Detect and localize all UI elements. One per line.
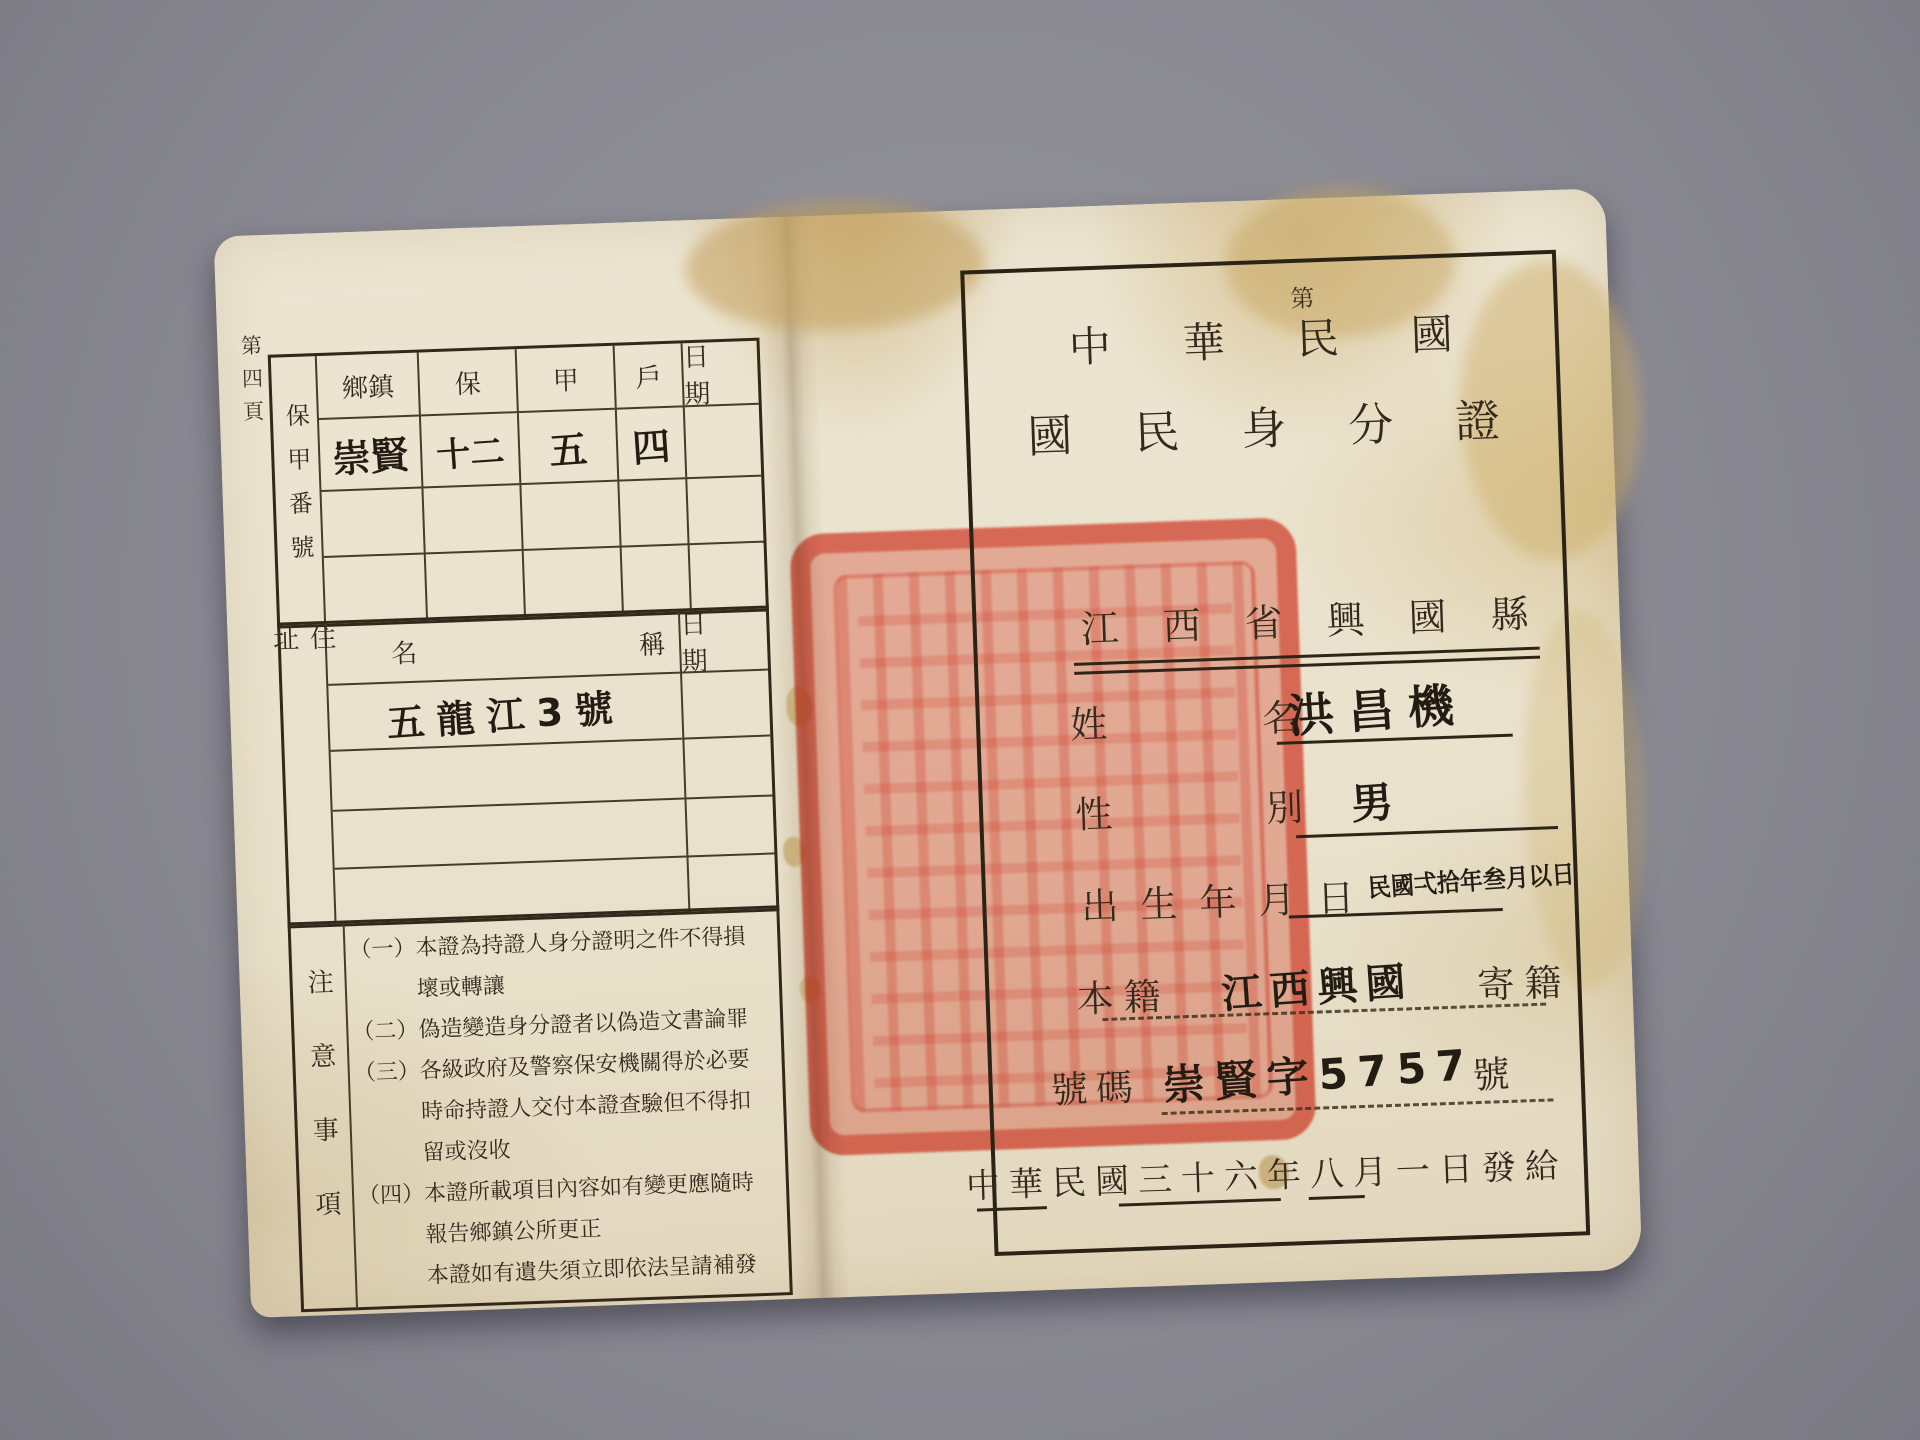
handwritten-birth-date: 民國弌拾年叁月以日 [1367, 854, 1576, 904]
handwritten-jia: 五 [547, 418, 589, 476]
table-cell [424, 549, 524, 620]
origin-label-left: 本籍 [1076, 966, 1172, 1023]
issue-blank-line [1309, 1195, 1365, 1200]
birth-row: 出生年月日 民國弌拾年叁月以日 [985, 860, 1573, 881]
col-header-date: 日期 [681, 341, 759, 406]
issue-row: 中華民國三十六年八月一日發給 [995, 1137, 1583, 1158]
number-suffix: 號 [1472, 1044, 1511, 1099]
table-cell [688, 541, 766, 612]
col-header-township: 鄉鎮 [317, 353, 419, 418]
gender-row: 性 別 男 [982, 768, 1570, 789]
table-cell [522, 546, 622, 617]
table-cell [683, 403, 761, 478]
table-cell [682, 734, 772, 797]
table-cell [680, 669, 770, 738]
address-header-cheng: 稱 [638, 624, 665, 662]
county-line: 江西省興國縣 [1080, 581, 1574, 653]
table-cell [686, 852, 776, 911]
table-cell: 十二 [419, 411, 519, 486]
address-header-name: 名 [390, 632, 417, 670]
origin-row: 本籍 江西興國 寄籍 [989, 951, 1577, 972]
table-cell [685, 475, 763, 544]
address-header-date: 日期 [678, 609, 768, 672]
col-header-hu: 戶 [613, 343, 683, 407]
birth-label: 出生年月日 [1080, 866, 1377, 930]
table-cell [684, 794, 774, 855]
table-cell [519, 480, 619, 549]
table-cell: 五龍江3號 [328, 672, 682, 750]
handwritten-hu: 四 [630, 415, 672, 473]
table-cell: 四 [615, 405, 685, 479]
name-label-left: 姓 [1069, 694, 1108, 749]
id-booklet: 第四頁 保甲番號 鄉鎮 保 甲 戶 日期 崇賢 十二 五 四 [214, 188, 1643, 1318]
table-cell [617, 477, 687, 545]
name-row: 姓 名 洪昌機 [979, 678, 1567, 699]
photo-background: 第四頁 保甲番號 鄉鎮 保 甲 戶 日期 崇賢 十二 五 四 [0, 0, 1920, 1440]
number-label: 號碼 [1050, 1057, 1142, 1114]
title-line-1: 中華民國 [966, 298, 1556, 378]
handwritten-address: 五龍江3號 [384, 676, 626, 747]
baojia-number-table: 保甲番號 鄉鎮 保 甲 戶 日期 崇賢 十二 五 四 [268, 338, 769, 629]
left-page: 第四頁 保甲番號 鄉鎮 保 甲 戶 日期 崇賢 十二 五 四 [214, 217, 801, 1318]
handwritten-bao: 十二 [435, 423, 506, 477]
handwritten-gender: 男 [1349, 769, 1395, 832]
gender-label-right: 別 [1265, 777, 1304, 832]
title-line-2: 國民身分證 [969, 382, 1559, 467]
gender-underline [1296, 826, 1558, 838]
notes-section: 注意事項 （一）本證為持證人身分證明之件不得損 壞或轉讓 （二）偽造變造身分證者… [288, 905, 793, 1312]
id-card-frame: 第 中華民國 國民身分證 江西省興國縣 姓 名 洪昌機 性 別 男 [960, 250, 1590, 1256]
address-table: 住址 名 稱 日期 五龍江3號 [277, 605, 779, 928]
notes-body: （一）本證為持證人身分證明之件不得損 壞或轉讓 （二）偽造變造身分證者以偽造文書… [345, 908, 790, 1307]
gender-label-left: 性 [1074, 784, 1113, 839]
table-cell: 五 [517, 408, 617, 483]
table-cell [620, 543, 690, 613]
table-cell [421, 483, 521, 552]
origin-label-right: 寄籍 [1476, 952, 1572, 1009]
handwritten-number: 崇賢字5757 [1161, 1032, 1477, 1114]
page-number-label: 第四頁 [235, 323, 269, 444]
number-row: 號碼 崇賢字5757 號 [992, 1041, 1580, 1062]
col-header-jia: 甲 [515, 346, 615, 411]
table-cell: 崇賢 [319, 415, 421, 490]
handwritten-township: 崇賢 [330, 423, 410, 483]
table-cell [324, 552, 426, 623]
table-cell [321, 487, 423, 556]
handwritten-name: 洪昌機 [1286, 668, 1470, 746]
col-header-bao: 保 [417, 349, 517, 414]
right-page: 第 中華民國 國民身分證 江西省興國縣 姓 名 洪昌機 性 別 男 [763, 188, 1642, 1299]
